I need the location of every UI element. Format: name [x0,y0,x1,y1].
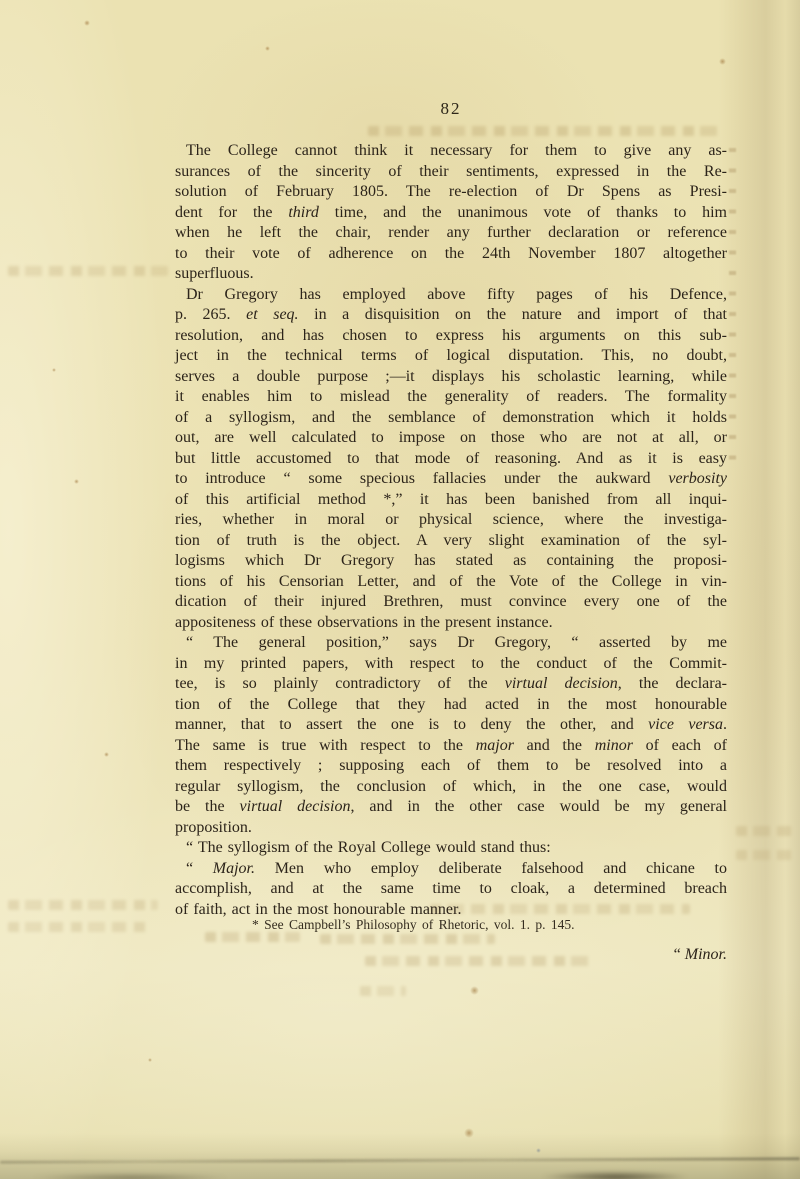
ghost-text-row [736,850,794,860]
text-line: The same is true with respect to the maj… [175,736,727,757]
text-line: surances of the sincerity of their senti… [175,162,727,183]
ghost-text-row [8,900,158,910]
text-line: when he left the chair, render any furth… [175,223,727,244]
text-line: be the virtual decision, and in the othe… [175,797,727,818]
foxing-spot [148,1058,152,1062]
ghost-text-row [320,934,495,944]
text-line: to their vote of adherence on the 24th N… [175,244,727,265]
text-line: out, are well calculated to impose on th… [175,428,727,449]
text-line: Dr Gregory has employed above fifty page… [175,285,727,306]
text-line: ject in the technical terms of logical d… [175,346,727,367]
edge-shadow-blot [30,1173,230,1179]
text-line: tion of the College that they had acted … [175,695,727,716]
text-line: accomplish, and at the same time to cloa… [175,879,727,900]
text-line: “ The syllogism of the Royal College wou… [175,838,727,859]
text-line: regular syllogism, the conclusion of whi… [175,777,727,798]
page-number: 82 [175,99,727,119]
footnote: * See Campbell’s Philosophy of Rhetoric,… [252,916,672,933]
text-line: tions of his Censorian Letter, and of th… [175,572,727,593]
scanned-book-page: { "page": { "number": "82", "catchword":… [0,0,800,1179]
text-line: of a syllogism, and the semblance of dem… [175,408,727,429]
text-line: of this artificial method *,” it has bee… [175,490,727,511]
text-line: solution of February 1805. The re-electi… [175,182,727,203]
foxing-spot [84,20,90,26]
text-line: “ The general position,” says Dr Gregory… [175,633,727,654]
page-bottom-edge [0,1133,800,1179]
ghost-text-row [360,986,406,996]
text-line: manner, that to assert the one is to den… [175,715,727,736]
text-line: ries, whether in moral or physical scien… [175,510,727,531]
edge-shadow-blot [540,1171,690,1179]
catchword: “ Minor. [175,946,727,964]
foxing-spot [52,368,56,372]
ghost-text-column [729,148,736,468]
text-line: The College cannot think it necessary fo… [175,141,727,162]
text-line: resolution, and has chosen to express hi… [175,326,727,347]
foxing-spot [265,46,270,51]
page-edge-line [0,1157,800,1163]
body-text: The College cannot think it necessary fo… [175,141,727,920]
foxing-spot [719,58,726,65]
text-line: in my printed papers, with respect to th… [175,654,727,675]
foxing-spot [104,752,109,757]
ghost-text-row [8,922,148,932]
text-line: serves a double purpose ;—it displays hi… [175,367,727,388]
text-line: proposition. [175,818,727,839]
foxing-spot [470,986,479,995]
ghost-text-row [8,266,168,276]
text-line: appositeness of these observations in th… [175,613,727,634]
ghost-text-row [205,932,300,942]
ghost-text-row [736,826,796,836]
text-line: it enables him to mislead the generality… [175,387,727,408]
ghost-text-row [368,126,720,136]
text-line: p. 265. et seq. in a disquisition on the… [175,305,727,326]
text-line: superfluous. [175,264,727,285]
text-line: them respectively ; supposing each of th… [175,756,727,777]
text-line: tion of truth is the object. A very slig… [175,531,727,552]
text-line: to introduce “ some specious fallacies u… [175,469,727,490]
text-line: but little accustomed to that mode of re… [175,449,727,470]
text-line: logisms which Dr Gregory has stated as c… [175,551,727,572]
text-line: tee, is so plainly contradictory of the … [175,674,727,695]
text-line: “ Major. Men who employ deliberate false… [175,859,727,880]
text-line: dication of their injured Brethren, must… [175,592,727,613]
foxing-spot [74,479,79,484]
text-line: dent for the third time, and the unanimo… [175,203,727,224]
